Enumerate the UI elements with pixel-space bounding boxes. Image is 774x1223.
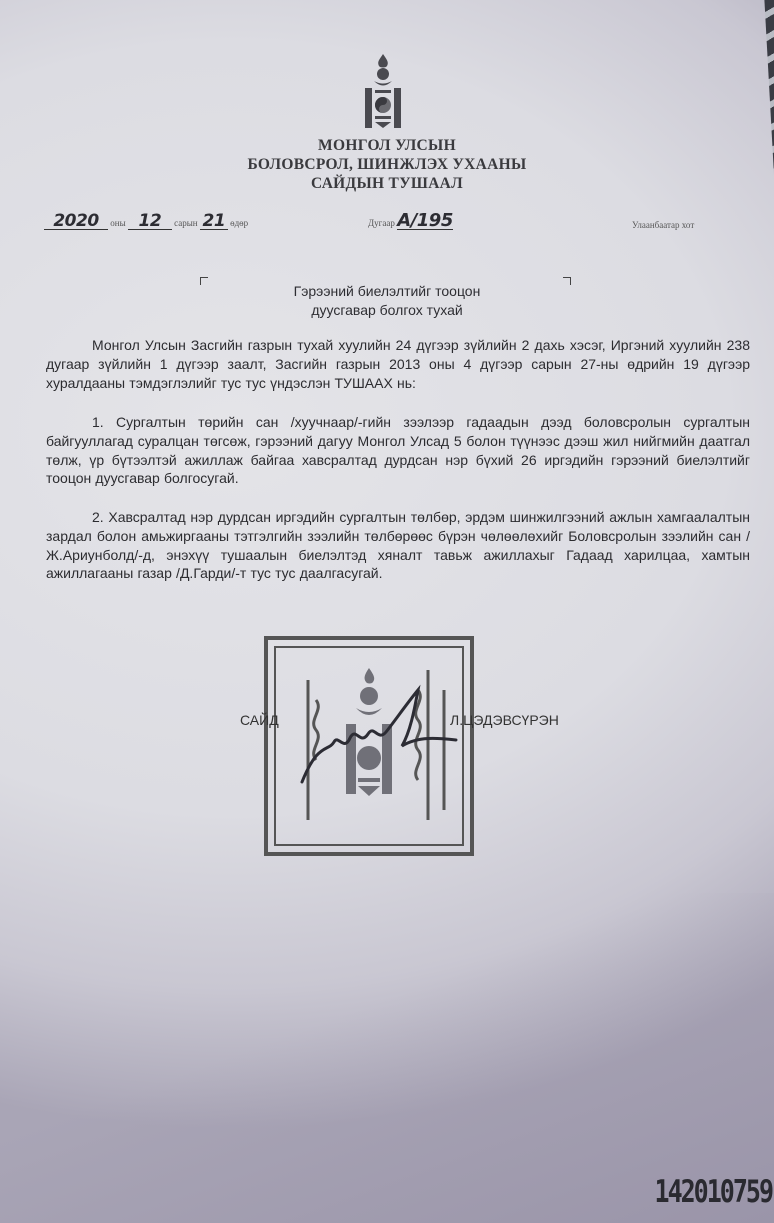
city: Улаанбаатар хот bbox=[632, 220, 694, 230]
order-title: Гэрээний биелэлтийг тооцон дуусгавар бол… bbox=[0, 282, 774, 320]
item-1-text: 1. Сургалтын төрийн сан /хуучнаар/-гийн … bbox=[46, 414, 750, 486]
date-month: 12 bbox=[128, 213, 172, 230]
signer-name: Л.ЦЭДЭВСҮРЭН bbox=[450, 712, 559, 728]
ministry-header: МОНГОЛ УЛСЫН БОЛОВСРОЛ, ШИНЖЛЭХ УХААНЫ С… bbox=[0, 136, 774, 193]
item-2-text: 2. Хавсралтад нэр дурдсан иргэдийн сурга… bbox=[46, 509, 750, 581]
date-day-suffix: өдөр bbox=[230, 218, 248, 228]
soyombo-emblem-icon bbox=[359, 52, 407, 132]
item-1-paragraph: 1. Сургалтын төрийн сан /хуучнаар/-гийн … bbox=[46, 413, 750, 488]
header-line-3: САЙДЫН ТУШААЛ bbox=[0, 174, 774, 193]
serial-number: 142010759 bbox=[655, 1173, 772, 1209]
signer-title: САЙД bbox=[240, 712, 279, 728]
handwritten-signature-icon bbox=[298, 682, 458, 792]
preamble-text: Монгол Улсын Засгийн газрын тухай хуулий… bbox=[46, 337, 750, 391]
header-line-2: БОЛОВСРОЛ, ШИНЖЛЭХ УХААНЫ bbox=[0, 155, 774, 174]
date-field: 2020 оны 12 сарын 21 өдөр bbox=[44, 213, 248, 230]
title-line-2: дуусгавар болгох тухай bbox=[0, 301, 774, 320]
preamble-paragraph: Монгол Улсын Засгийн газрын тухай хуулий… bbox=[46, 336, 750, 392]
order-number: А/195 bbox=[397, 213, 453, 230]
date-month-suffix: сарын bbox=[174, 218, 197, 228]
date-year: 2020 bbox=[44, 213, 108, 230]
official-seal-icon bbox=[264, 636, 474, 856]
order-number-field: Дугаар А/195 bbox=[368, 213, 453, 230]
item-2-paragraph: 2. Хавсралтад нэр дурдсан иргэдийн сурга… bbox=[46, 508, 750, 583]
title-line-1: Гэрээний биелэлтийг тооцон bbox=[0, 282, 774, 301]
date-day: 21 bbox=[200, 213, 228, 230]
order-number-label: Дугаар bbox=[368, 218, 395, 228]
date-year-suffix: оны bbox=[110, 218, 125, 228]
header-line-1: МОНГОЛ УЛСЫН bbox=[0, 136, 774, 155]
